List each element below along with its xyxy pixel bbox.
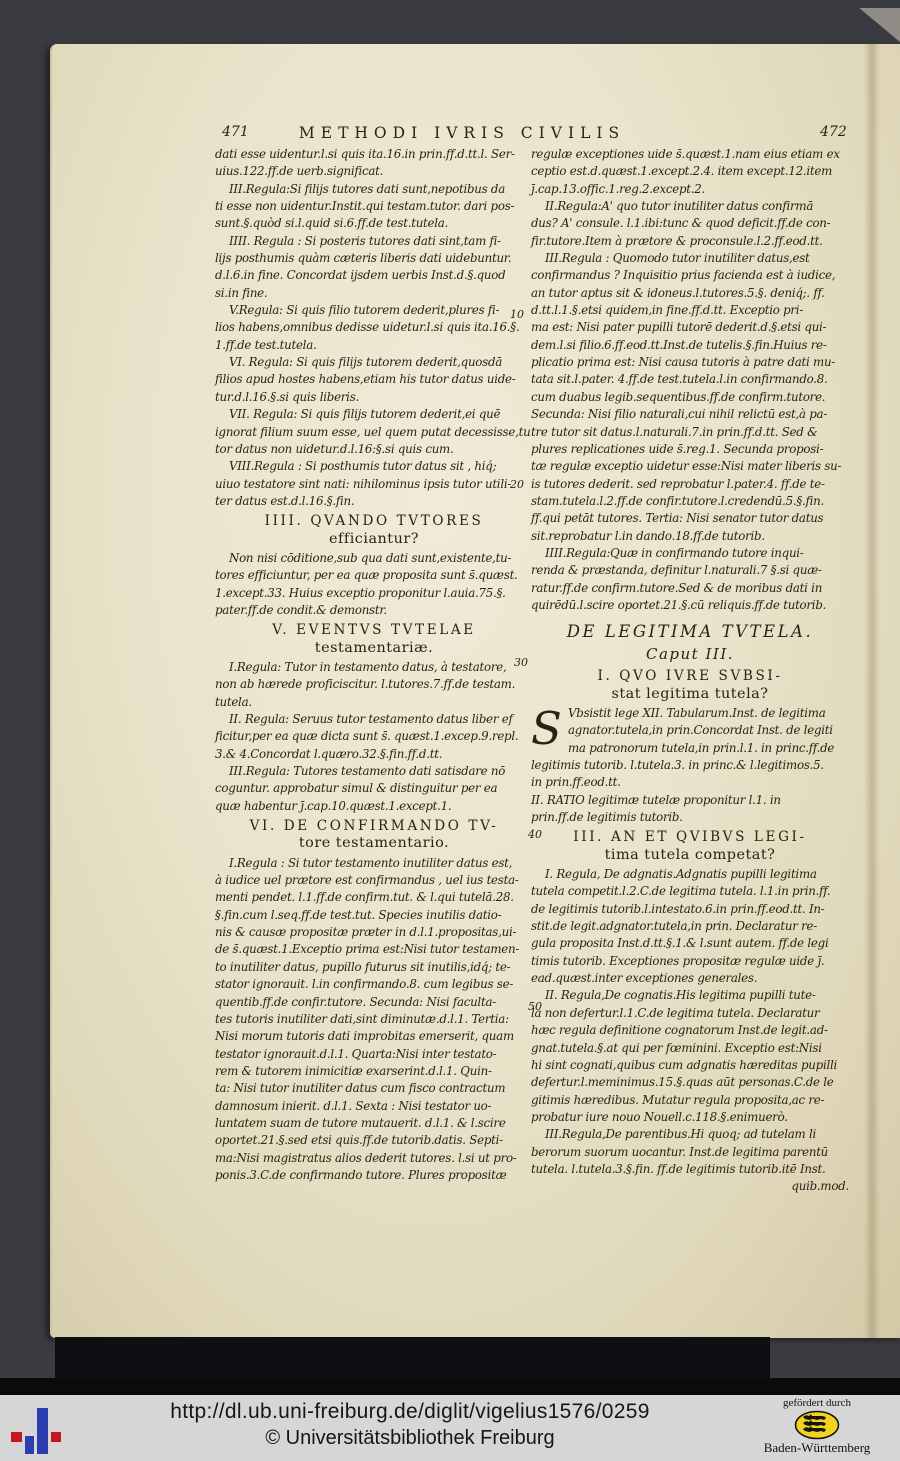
paragraph: IIII.Regula:Quæ in confirmando tutore in… — [531, 545, 849, 614]
text-line: III.Regula : Quomodo tutor inutiliter da… — [531, 250, 849, 267]
text-line: coguntur. approbatur simul & distinguitu… — [215, 780, 533, 797]
logo-red-square-left — [11, 1432, 22, 1442]
text-line: II.Regula:A' quo tutor inutiliter datus … — [531, 198, 849, 215]
text-line: 1.except.33. Huius exceptio proponitur l… — [215, 585, 533, 602]
text-line: de s̄.quæst.1.Exceptio prima est:Nisi tu… — [215, 941, 533, 958]
text-line: to inutiliter datus, pupillo futurus sit… — [215, 959, 533, 976]
text-line: stat legitima tutela? — [531, 686, 849, 703]
text-line: quirēdū.l.scire oportet.21.§.cū reliquis… — [531, 597, 849, 614]
footer-text: http://dl.ub.uni-freiburg.de/diglit/vige… — [70, 1395, 750, 1450]
paragraph: II. Regula,De cognatis.His legitima pupi… — [531, 987, 849, 1126]
text-line: lios habens,omnibus dedisse uidetur.l.si… — [215, 319, 533, 336]
text-line: regulæ exceptiones uide s̄.quæst.1.nam e… — [531, 146, 849, 163]
gutter-line-number: 50 — [528, 1000, 542, 1013]
text-line: prin.ff.de legitimis tutorib. — [531, 809, 849, 826]
document-url: http://dl.ub.uni-freiburg.de/diglit/vige… — [70, 1400, 750, 1424]
text-line: II. Regula: Seruus tutor testamento datu… — [215, 711, 533, 728]
paragraph: I.Regula: Tutor in testamento datus, à t… — [215, 659, 533, 711]
text-line: Nisi morum tutoris dati improbitas emers… — [215, 1028, 533, 1045]
text-line: VI. DE CONFIRMANDO TV- — [215, 818, 533, 835]
text-line: tores efficiuntur, per ea quæ proposita … — [215, 567, 533, 584]
text-line: 1.ff.de test.tutela. — [215, 337, 533, 354]
text-line: Caput III. — [531, 643, 849, 665]
text-line: sit.reprobatur l.in dando.18.ff.de tutor… — [531, 528, 849, 545]
text-line: à iudice uel prætore est confirmandus , … — [215, 872, 533, 889]
text-line: IIII. QVANDO TVTORES — [215, 513, 533, 530]
section-heading: I. QVO IVRE SVBSI-stat legitima tutela? — [531, 668, 849, 703]
scanned-page: 471 METHODI IVRIS CIVILIS 472 dati esse … — [50, 44, 900, 1338]
text-line: VII. Regula: Si quis filijs tutorem dede… — [215, 406, 533, 423]
text-line: II. Regula,De cognatis.His legitima pupi… — [531, 987, 849, 1004]
text-line: de legitimis tutorib.l.intestato.6.in pr… — [531, 901, 849, 918]
text-line: cum duabus legib.sequentibus.ff.de confi… — [531, 389, 849, 406]
funding-block: gefördert durch Baden-Württemberg — [750, 1397, 884, 1456]
text-line: oportet.21.§.sed etsi quis.ff.de tutorib… — [215, 1132, 533, 1149]
text-line: sunt.§.quòd si.l.quid si.6.ff.de test.tu… — [215, 215, 533, 232]
text-line: ti esse non uidentur.Instit.qui testam.t… — [215, 198, 533, 215]
paragraph: Non nisi cōditione,sub qua dati sunt,exi… — [215, 550, 533, 619]
text-line: tore testamentario. — [215, 835, 533, 852]
copyright-notice: © Universitätsbibliothek Freiburg — [70, 1427, 750, 1450]
text-line: Non nisi cōditione,sub qua dati sunt,exi… — [215, 550, 533, 567]
text-line: renda & præstanda, definitur l.naturali.… — [531, 562, 849, 579]
paragraph: V.Regula: Si quis filio tutorem dederit,… — [215, 302, 533, 354]
logo-blue-bar-short — [25, 1436, 34, 1454]
text-line: III.Regula: Tutores testamento dati sati… — [215, 763, 533, 780]
text-line: I. QVO IVRE SVBSI- — [531, 668, 849, 685]
text-line: 3.& 4.Concordat l.quæro.32.§.fin.ff.d.tt… — [215, 746, 533, 763]
text-line: ficitur,per ea quæ dicta sunt s̄. quæst.… — [215, 728, 533, 745]
paragraph: dati esse uidentur.l.si quis ita.16.in p… — [215, 146, 533, 181]
page-corner-shadow — [840, 8, 900, 42]
text-line: an tutor aptus sit & idoneus.l.tutores.5… — [531, 285, 849, 302]
text-line: gitimis hæredibus. Mutatur regula propos… — [531, 1092, 849, 1109]
section-heading: V. EVENTVS TVTELAEtestamentariæ. — [215, 622, 533, 657]
text-line: is tutores dederit. sed reprobatur l.pat… — [531, 476, 849, 493]
gutter-line-number: 20 — [510, 478, 524, 491]
text-line: legitimis tutorib. l.tutela.3. in princ.… — [531, 757, 849, 774]
text-line: timis tutorib. Exceptiones propositæ reg… — [531, 953, 849, 970]
gutter-line-number: 40 — [528, 828, 542, 841]
text-line: luntatem suam de tutore mutauerit. d.l.1… — [215, 1115, 533, 1132]
text-line: ignorat filium suum esse, uel quem putat… — [215, 424, 533, 441]
text-column-right: regulæ exceptiones uide s̄.quæst.1.nam e… — [531, 146, 849, 1196]
folio-number-right: 472 — [820, 124, 847, 140]
paragraph: III.Regula:Si filijs tutores dati sunt,n… — [215, 181, 533, 233]
text-line: defertur.l.meminimus.15.§.quas aūt perso… — [531, 1074, 849, 1091]
text-line: si.in fine. — [215, 285, 533, 302]
text-line: ff.qui petāt tutores. Tertia: Nisi senat… — [531, 510, 849, 527]
text-line: §.fin.cum l.seq.ff.de test.tut. Species … — [215, 907, 533, 924]
text-line: tre tutor sit datus.l.naturali.7.in prin… — [531, 424, 849, 441]
text-line: lijs posthumis quàm cæteris liberis dati… — [215, 250, 533, 267]
text-line: V.Regula: Si quis filio tutorem dederit,… — [215, 302, 533, 319]
paragraph: III.Regula,De parentibus.Hi quoq; ad tut… — [531, 1126, 849, 1178]
text-line: confirmandus ? Inquisitio prius facienda… — [531, 267, 849, 284]
text-line: plures replicationes uide s̄.reg.1. Secu… — [531, 441, 849, 458]
text-line: ma patronorum tutela,in prin.l.1. in pri… — [531, 740, 849, 757]
text-line: ceptio est.d.quæst.1.except.2.4. item ex… — [531, 163, 849, 180]
text-line: V. EVENTVS TVTELAE — [215, 622, 533, 639]
page-crease — [864, 44, 880, 1338]
text-line: III.Regula:Si filijs tutores dati sunt,n… — [215, 181, 533, 198]
text-line: ponis.3.C.de confirmando tutore. Plures … — [215, 1167, 533, 1184]
paragraph: VIII.Regula : Si posthumis tutor datus s… — [215, 458, 533, 510]
text-line: quentib.ff.de confir.tutore. Secunda: Ni… — [215, 994, 533, 1011]
text-line: uius.122.ff.de uerb.significat. — [215, 163, 533, 180]
section-heading: III. AN ET QVIBVS LEGI-tima tutela compe… — [531, 829, 849, 864]
text-line: IIII. Regula : Si posteris tutores dati … — [215, 233, 533, 250]
text-line: testamentariæ. — [215, 640, 533, 657]
text-line: berorum suorum uocantur. Inst.de legitim… — [531, 1144, 849, 1161]
text-line: IIII.Regula:Quæ in confirmando tutore in… — [531, 545, 849, 562]
paragraph: VII. Regula: Si quis filijs tutorem dede… — [215, 406, 533, 458]
paragraph: I.Regula : Si tutor testamento inutilite… — [215, 855, 533, 1185]
text-column-left: dati esse uidentur.l.si quis ita.16.in p… — [215, 146, 533, 1184]
text-line: tur.d.l.16.§.si quis liberis. — [215, 389, 533, 406]
funding-caption: gefördert durch — [750, 1397, 884, 1409]
text-line: d.l.6.in fine. Concordat ijsdem uerbis I… — [215, 267, 533, 284]
paragraph: IIII. Regula : Si posteris tutores dati … — [215, 233, 533, 302]
paragraph: VI. Regula: Si quis filijs tutorem deder… — [215, 354, 533, 406]
paragraph: regulæ exceptiones uide s̄.quæst.1.nam e… — [531, 146, 849, 198]
paragraph: II. RATIO legitimæ tutelæ proponitur l.1… — [531, 792, 849, 827]
text-line: probatur iure nouo Nouell.c.118.§.enimue… — [531, 1109, 849, 1126]
text-line: tutela competit.l.2.C.de legitima tutela… — [531, 883, 849, 900]
ub-freiburg-logo-icon — [0, 1395, 70, 1461]
text-line: menti pendet. l.1.ff.de confirm.tut. & l… — [215, 889, 533, 906]
text-line: ma:Nisi magistratus alios dederit tutore… — [215, 1150, 533, 1167]
text-line: dati esse uidentur.l.si quis ita.16.in p… — [215, 146, 533, 163]
logo-blue-bar-tall — [37, 1408, 48, 1454]
scan-border — [0, 1378, 900, 1395]
text-line: ratur.ff.de confirm.tutore.Sed & de mori… — [531, 580, 849, 597]
text-line: III. AN ET QVIBVS LEGI- — [531, 829, 849, 846]
text-line: quib.mod. — [531, 1178, 849, 1195]
logo-red-square-right — [51, 1432, 61, 1442]
text-line: stator ignorauit. l.in confirmando.8. cu… — [215, 976, 533, 993]
section-heading: DE LEGITIMA TVTELA.Caput III. — [531, 621, 849, 665]
text-line: rem & tutorem inimicitiæ exarserint.d.l.… — [215, 1063, 533, 1080]
text-line: gula proposita Inst.d.tt.§.1.& l.sunt au… — [531, 935, 849, 952]
text-line: ȷ̄.cap.13.offic.1.reg.2.except.2. — [531, 181, 849, 198]
text-line: ta: Nisi tutor inutiliter datus cum fisc… — [215, 1080, 533, 1097]
running-header: 471 METHODI IVRIS CIVILIS 472 — [52, 124, 900, 146]
text-line: uiuo testatore sint nati: nihilominus ip… — [215, 476, 533, 493]
text-line: dem.l.si filio.6.ff.eod.tt.Inst.de tutel… — [531, 337, 849, 354]
paragraph: SVbsistit lege XII. Tabularum.Inst. de l… — [531, 705, 849, 792]
text-line: tutela. — [215, 694, 533, 711]
paragraph: quib.mod. — [531, 1178, 849, 1195]
text-line: tes tutoris inutiliter dati,sint diminut… — [215, 1011, 533, 1028]
paragraph: II. Regula: Seruus tutor testamento datu… — [215, 711, 533, 763]
text-line: damnosum inierit. d.l.1. Sexta : Nisi te… — [215, 1098, 533, 1115]
text-line: non ab hærede proficiscitur. l.tutores.7… — [215, 676, 533, 693]
gutter-line-number: 10 — [510, 308, 524, 321]
text-line: gnat.tutela.§.at qui per fœminini. Excep… — [531, 1040, 849, 1057]
funding-name: Baden-Württemberg — [750, 1440, 884, 1456]
text-line: stam.tutela.l.2.ff.de confir.tutore.l.cr… — [531, 493, 849, 510]
text-line: Vbsistit lege XII. Tabularum.Inst. de le… — [531, 705, 849, 722]
text-line: II. RATIO legitimæ tutelæ proponitur l.1… — [531, 792, 849, 809]
paragraph: III.Regula: Tutores testamento dati sati… — [215, 763, 533, 815]
text-line: III.Regula,De parentibus.Hi quoq; ad tut… — [531, 1126, 849, 1143]
text-line: quæ habentur ȷ̄.cap.10.quæst.1.except.1. — [215, 798, 533, 815]
text-line: Secunda: Nisi filio naturali,cui nihil r… — [531, 406, 849, 423]
paragraph: III.Regula : Quomodo tutor inutiliter da… — [531, 250, 849, 545]
text-line: pater.ff.de condit.& demonstr. — [215, 602, 533, 619]
text-line: tutela. l.tutela.3.§.fin. ff.de legitimi… — [531, 1161, 849, 1178]
text-line: testator ignorauit.d.l.1. Quarta:Nisi in… — [215, 1046, 533, 1063]
section-heading: VI. DE CONFIRMANDO TV-tore testamentario… — [215, 818, 533, 853]
text-line: ma est: Nisi pater pupilli tutorē dederi… — [531, 319, 849, 336]
text-line: ter datus est.d.l.16.§.fin. — [215, 493, 533, 510]
text-line: tima tutela competat? — [531, 847, 849, 864]
running-title: METHODI IVRIS CIVILIS — [52, 124, 872, 142]
drop-cap-letter: S — [531, 706, 562, 752]
library-footer-bar: http://dl.ub.uni-freiburg.de/diglit/vige… — [0, 1395, 900, 1461]
text-line: agnator.tutela,in prin.Concordat Inst. d… — [531, 722, 849, 739]
text-line: fir.tutore.Item à prætore & proconsule.l… — [531, 233, 849, 250]
text-line: filios apud hostes habens,etiam his tuto… — [215, 371, 533, 388]
text-line: plicatio prima est: Nisi causa tutoris à… — [531, 354, 849, 371]
text-line: ead.quæst.inter exceptiones generales. — [531, 970, 849, 987]
text-line: I. Regula, De adgnatis.Adgnatis pupilli … — [531, 866, 849, 883]
text-line: VI. Regula: Si quis filijs tutorem deder… — [215, 354, 533, 371]
text-line: hi sint cognati,quibus cum adgnatis hære… — [531, 1057, 849, 1074]
paragraph: I. Regula, De adgnatis.Adgnatis pupilli … — [531, 866, 849, 987]
text-line: DE LEGITIMA TVTELA. — [531, 621, 849, 643]
text-line: nis & causæ propositæ præter in d.l.1.pr… — [215, 924, 533, 941]
text-line: in prin.ff.eod.tt. — [531, 774, 849, 791]
text-line: I.Regula: Tutor in testamento datus, à t… — [215, 659, 533, 676]
text-line: dus? A' consule. l.1.ibi:tunc & quod def… — [531, 215, 849, 232]
text-line: tata sit.l.pater. 4.ff.de test.tutela.l.… — [531, 371, 849, 388]
text-line: VIII.Regula : Si posthumis tutor datus s… — [215, 458, 533, 475]
text-line: hæc regula definitione cognatorum Inst.d… — [531, 1022, 849, 1039]
section-heading: IIII. QVANDO TVTORESefficiantur? — [215, 513, 533, 548]
text-line: la non defertur.l.1.C.de legitima tutela… — [531, 1005, 849, 1022]
text-line: I.Regula : Si tutor testamento inutilite… — [215, 855, 533, 872]
text-line: d.tt.l.1.§.etsi quidem,in fine.ff.d.tt. … — [531, 302, 849, 319]
baden-wuerttemberg-crest-icon — [794, 1410, 840, 1440]
text-line: efficiantur? — [215, 531, 533, 548]
viewer-background: 471 METHODI IVRIS CIVILIS 472 dati esse … — [0, 0, 900, 1461]
paragraph: II.Regula:A' quo tutor inutiliter datus … — [531, 198, 849, 250]
text-line: stit.de legit.adgnator.tutela,in prin. D… — [531, 918, 849, 935]
text-line: tor datus non uidetur.d.l.16:§.si quis c… — [215, 441, 533, 458]
gutter-line-number: 30 — [514, 656, 528, 669]
text-line: tæ regulæ exceptio uidetur esse:Nisi mat… — [531, 458, 849, 475]
